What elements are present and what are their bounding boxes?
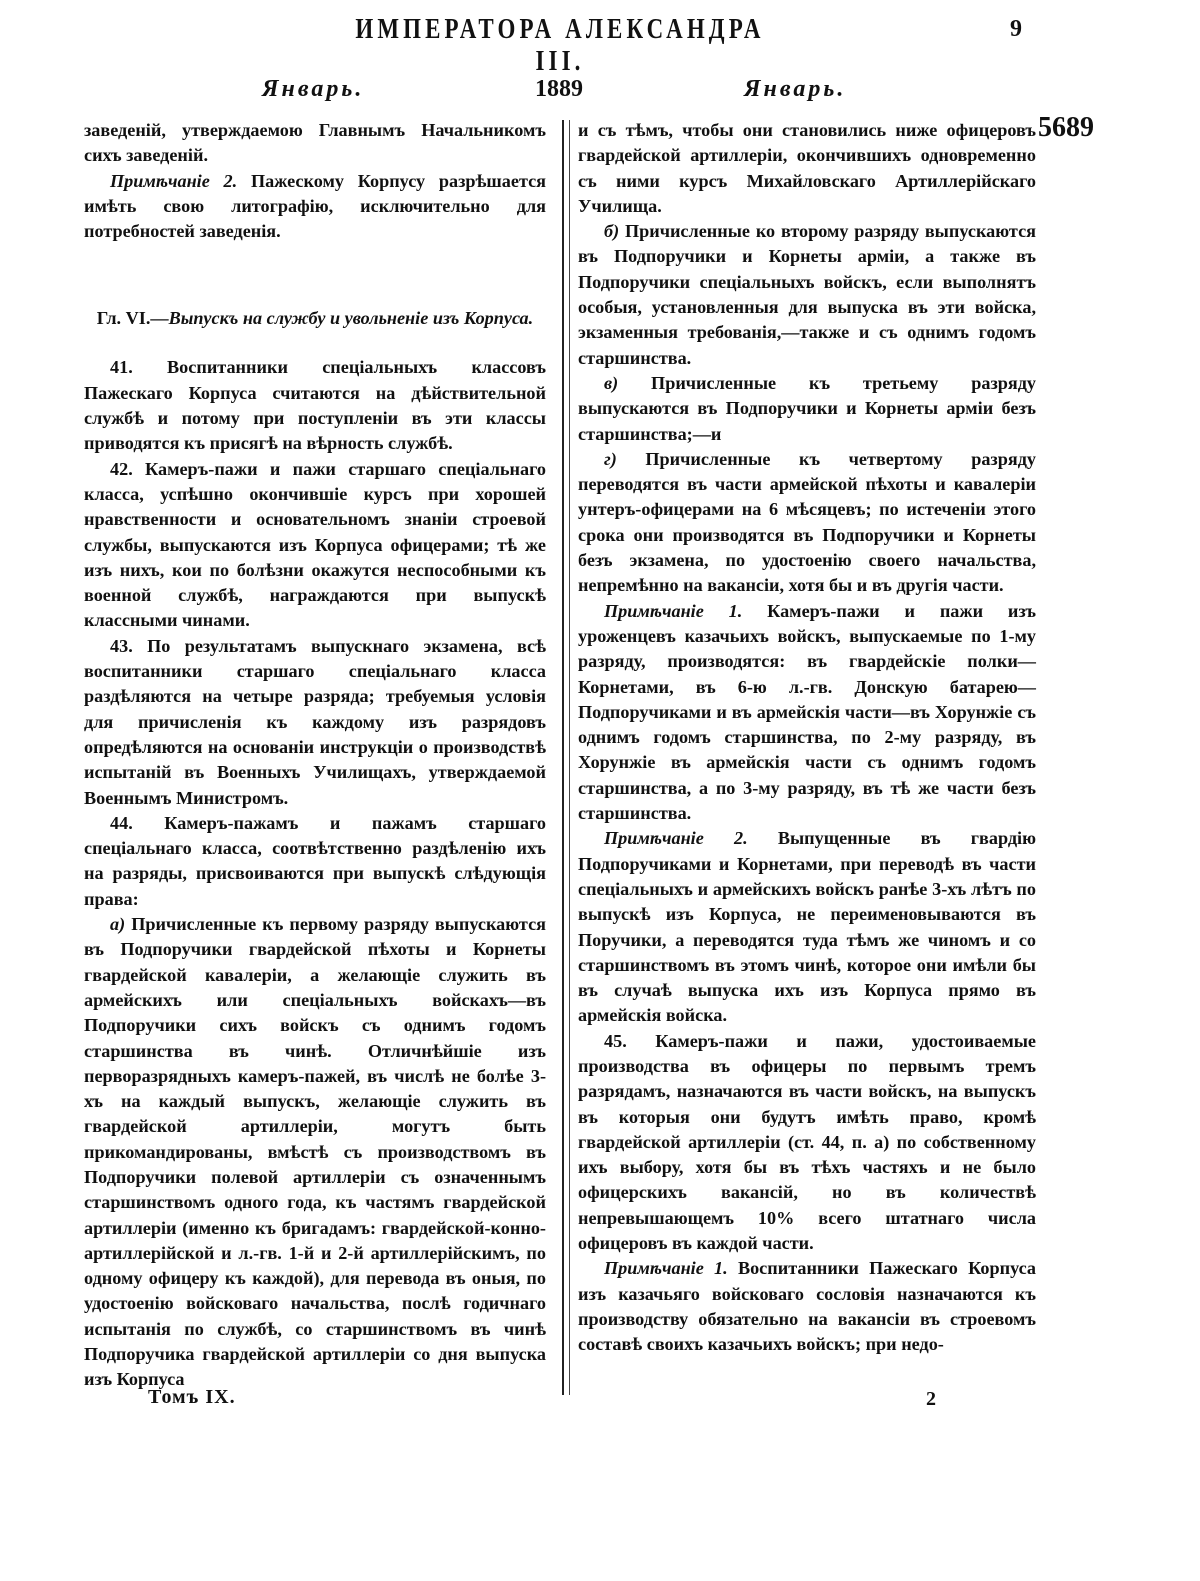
item-label: г) (604, 449, 617, 469)
item-v: в) Причисленные къ третьему разряду выпу… (578, 371, 1036, 447)
page-number: 9 (1010, 16, 1022, 43)
article-42: 42. Камеръ-пажи и пажи старшаго спеціаль… (84, 457, 546, 634)
item-label: а) (110, 914, 125, 934)
item-text: Причисленные къ третьему разряду выпуска… (578, 373, 1036, 444)
item-text: Причисленные къ четвертому разряду перев… (578, 449, 1036, 595)
item-g: г) Причисленные къ четвертому разряду пе… (578, 447, 1036, 599)
note-label: Примѣчаніе 2. (110, 171, 237, 191)
item-text: Причисленные ко второму разряду выпускаю… (578, 221, 1036, 367)
note-1-art45: Примѣчаніе 1. Воспитанники Пажескаго Кор… (578, 1256, 1036, 1357)
year: 1889 (535, 76, 583, 103)
month-left: Январь. (262, 76, 364, 103)
note-label: Примѣчаніе 2. (604, 828, 748, 848)
volume-label: Томъ IX. (148, 1386, 236, 1409)
item-b: б) Причисленные ко второму разряду выпус… (578, 219, 1036, 371)
note-label: Примѣчаніе 1. (604, 1258, 728, 1278)
chapter-number: Гл. VI.— (97, 308, 169, 328)
running-title: ИМПЕРАТОРА АЛЕКСАНДРА III. (347, 14, 773, 78)
note-2: Примѣчаніе 2. Пажескому Корпусу разрѣшае… (84, 169, 546, 245)
page-header: ИМПЕРАТОРА АЛЕКСАНДРА III. 9 (0, 14, 1200, 54)
item-label: в) (604, 373, 618, 393)
note-text: Выпущенные въ гвардію Подпоручиками и Ко… (578, 828, 1036, 1025)
article-45: 45. Камеръ-пажи и пажи, удостоиваемые пр… (578, 1029, 1036, 1257)
item-a: а) Причисленные къ первому разряду выпус… (84, 912, 546, 1393)
article-41: 41. Воспитанники спеціальныхъ классовъ П… (84, 355, 546, 456)
item-text: Причисленные къ первому разряду выпускаю… (84, 914, 546, 1389)
column-divider (562, 120, 570, 1395)
note-2: Примѣчаніе 2. Выпущенные въ гвардію Подп… (578, 826, 1036, 1028)
left-column: заведеній, утверждаемою Главнымъ Начальн… (84, 118, 546, 1393)
margin-law-number: 5689 (1038, 112, 1094, 144)
right-column: и съ тѣмъ, чтобы они становились ниже оф… (578, 118, 1036, 1358)
continued-paragraph: заведеній, утверждаемою Главнымъ Начальн… (84, 118, 546, 169)
article-43: 43. По результатамъ выпускнаго экзамена,… (84, 634, 546, 811)
month-right: Январь. (744, 76, 846, 103)
chapter-title: Выпускъ на службу и увольненіе изъ Корпу… (169, 308, 534, 328)
signature-mark: 2 (926, 1388, 936, 1411)
item-label: б) (604, 221, 619, 241)
date-line: Январь. 1889 Январь. (0, 76, 1200, 108)
chapter-heading: Гл. VI.—Выпускъ на службу и увольненіе и… (84, 306, 546, 331)
note-text: Камеръ-пажи и пажи изъ уроженцевъ казачь… (578, 601, 1036, 823)
note-label: Примѣчаніе 1. (604, 601, 742, 621)
note-1: Примѣчаніе 1. Камеръ-пажи и пажи изъ уро… (578, 599, 1036, 827)
continued-paragraph: и съ тѣмъ, чтобы они становились ниже оф… (578, 118, 1036, 219)
article-44: 44. Камеръ-пажамъ и пажамъ старшаго спец… (84, 811, 546, 912)
